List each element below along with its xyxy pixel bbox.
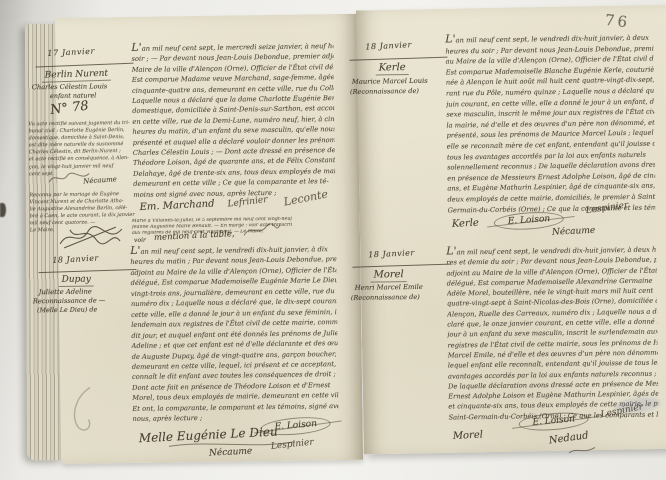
right-margin1-child-name: Maurice Marcel Louis	[352, 77, 428, 86]
right-margin2-name: Morel	[370, 269, 406, 283]
left-act1-body: L'an mil neuf cent sept, le mercredi sei…	[131, 40, 335, 200]
left-margin1-child-name: Charles Célestin Louis	[32, 82, 108, 91]
right-margin2-child-name: Henri Marcel Emile	[355, 283, 423, 292]
right-act1-signature-kerle: Kerle	[452, 218, 480, 230]
register-book-spread: 17 Janvier Berlin Nurent Charles Célesti…	[21, 4, 661, 469]
signature-paraph	[567, 444, 597, 456]
pencil-swirl-mark	[64, 383, 101, 435]
folio-page-number: 76	[604, 11, 631, 32]
register-scan: 17 Janvier Berlin Nurent Charles Célesti…	[0, 0, 666, 480]
right-act2-body: L'an mil neuf cent sept, le vendredi dix…	[446, 244, 658, 423]
right-margin1-name: Kerle	[376, 62, 409, 75]
left-margin2-name: Dupay	[59, 274, 94, 286]
left-mention-voir: voir	[134, 237, 146, 244]
left-margin2-note: Reconnaissance de —	[33, 296, 106, 305]
mention-paraph-scribble	[242, 221, 282, 240]
right-margin2-note: (Reconnaissance de)	[351, 293, 420, 302]
left-margin1-note: enfant naturel	[50, 91, 96, 100]
left-margin2-note-2: (Melle Le Dieu) de	[37, 305, 97, 314]
margin-paraph-scribble	[47, 169, 91, 186]
right-margin1-note: (Reconnaissance de)	[350, 87, 419, 96]
right-act1-body: L'an mil neuf cent sept, le vendredi dix…	[445, 32, 656, 216]
left-margin1-name: Berlin Nurent	[42, 69, 112, 83]
right-act1-signature-necaume: Nécaume	[552, 226, 596, 238]
left-act2-body: L'an mil neuf cent sept, le vendredi dix…	[130, 243, 338, 425]
left-margin2-child-name: Juliette Adeline	[39, 287, 92, 296]
margin-crossed-signature-scribble	[56, 223, 126, 252]
right-act2-signature-morel: Morel	[453, 430, 484, 442]
left-act2-signature-necaume: Nécaume	[209, 447, 253, 459]
ink-blot-left-edge	[0, 203, 6, 217]
